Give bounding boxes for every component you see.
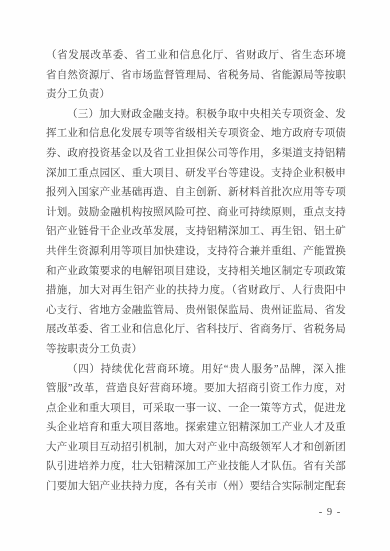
text-line: （四）持续优化营商环境。用好“贵人服务”品牌，深入推进“放 — [46, 360, 346, 380]
text-line: 计划。鼓励金融机构按照风险可控、商业可持续原则，重点支持 — [46, 203, 346, 223]
text-line: 门要加大铝产业扶持力度，各有关市（州）要结合实际制定配套 — [46, 477, 346, 497]
text-line: 心支行、省地方金融监管局、贵州银保监局、贵州证监局、省发 — [46, 301, 346, 321]
text-line: （省发展改革委、省工业和信息化厅、省财政厅、省生态环境厅、 — [46, 46, 346, 66]
text-line: 头企业培育和重大项目落地。探索建立铝精深加工产业人才及重 — [46, 418, 346, 438]
text-line: 铝产业链骨干企业改革发展，支持铝精深加工、再生铝、铝土矿 — [46, 222, 346, 242]
document-page: （省发展改革委、省工业和信息化厅、省财政厅、省生态环境厅、 省自然资源厅、省市场… — [0, 0, 390, 551]
document-text-block: （省发展改革委、省工业和信息化厅、省财政厅、省生态环境厅、 省自然资源厅、省市场… — [46, 46, 346, 497]
text-line: 点企业和重大项目，可采取一事一议、一企一策等方式，促进龙 — [46, 399, 346, 419]
text-line: 报列入国家产业基础再造、自主创新、新材料首批次应用等专项 — [46, 183, 346, 203]
text-line: 券、政府投资基金以及省工业担保公司等作用，多渠道支持铝精 — [46, 144, 346, 164]
text-line: 措施，加大对再生铝产业的扶持力度。（省财政厅、人行贵阳中 — [46, 281, 346, 301]
text-line: 责分工负责） — [46, 85, 346, 105]
page-number: - 9 - — [300, 505, 360, 521]
text-line: 队引进培养力度，壮大铝精深加工产业技能人才队伍。省有关部 — [46, 457, 346, 477]
text-line: （三）加大财政金融支持。积极争取中央相关专项资金、发 — [46, 105, 346, 125]
text-line: 深加工重点园区、重大项目、研发平台等建设。支持企业积极申 — [46, 164, 346, 184]
text-line: 大产业项目互动招引机制，加大对产业中高级领军人才和创新团 — [46, 438, 346, 458]
text-line: 等按职责分工负责） — [46, 340, 346, 360]
text-line: 和产业政策要求的电解铝项目建设，支持相关地区制定专项政策 — [46, 262, 346, 282]
text-line: 共伴生资源利用等项目加快建设，支持符合兼并重组、产能置换 — [46, 242, 346, 262]
text-line: 省自然资源厅、省市场监督管理局、省税务局、省能源局等按职 — [46, 66, 346, 86]
text-line: 展改革委、省工业和信息化厅、省科技厅、省商务厅、省税务局 — [46, 320, 346, 340]
text-line: 挥工业和信息化发展专项等省级相关专项资金、地方政府专项债 — [46, 124, 346, 144]
text-line: 管服”改革，营造良好营商环境。要加大招商引资工作力度，对重 — [46, 379, 346, 399]
